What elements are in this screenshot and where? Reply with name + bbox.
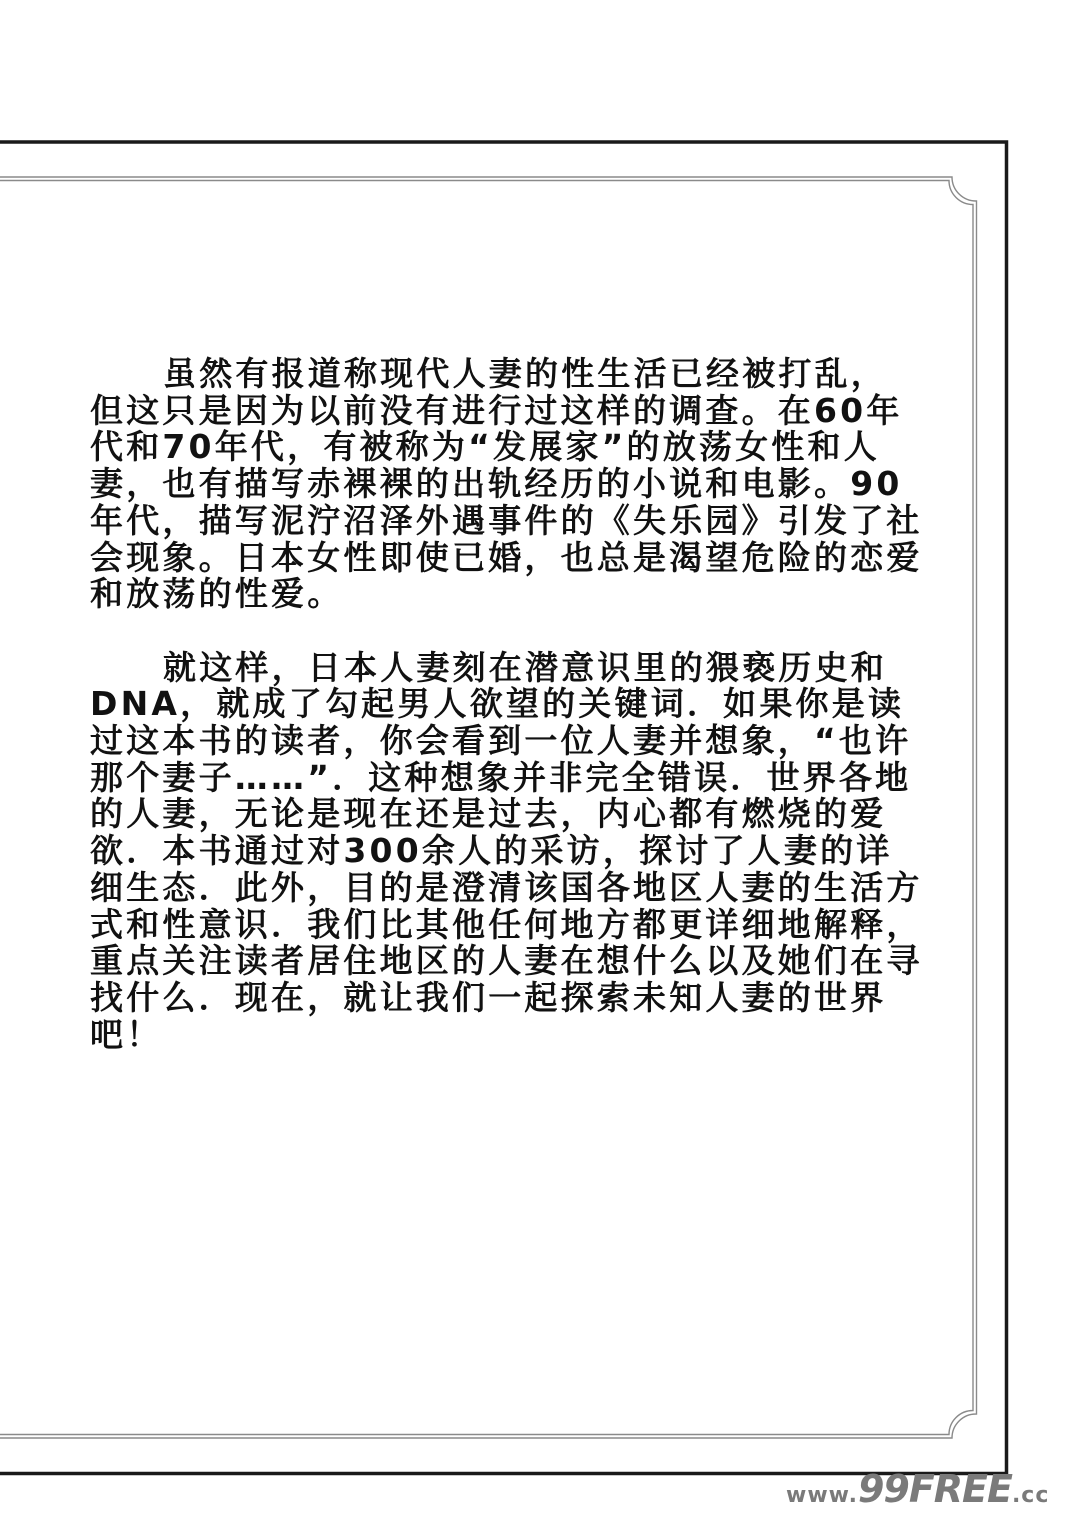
text-line: 式和性意识．我们比其他任何地方都更详细地解释， (17, 907, 940, 944)
paragraph-2: 就这样，日本人妻刻在潜意识里的猥亵历史和 DNA，就成了勾起男人欲望的关键词．如… (90, 650, 940, 1054)
text-line: 代和70年代，有被称为“发展家”的放荡女性和人 (17, 429, 940, 466)
watermark-suffix: .cc (1012, 1483, 1049, 1508)
watermark: www.99FREE.cc (786, 1470, 1049, 1508)
text-line: 重点关注读者居住地区的人妻在想什么以及她们在寻 (17, 943, 940, 980)
text-line: 的人妻，无论是现在还是过去，内心都有燃烧的爱 (17, 796, 940, 833)
text-line: 欲．本书通过对300余人的采访，探讨了人妻的详 (17, 833, 940, 870)
text-line: 找什么．现在，就让我们一起探索未知人妻的世界 (17, 980, 940, 1017)
body-text: 虽然有报道称现代人妻的性生活已经被打乱， 但这只是因为以前没有进行过这样的调查。… (90, 356, 940, 1053)
text-line: 虽然有报道称现代人妻的性生活已经被打乱， (90, 356, 940, 393)
text-line: 吧！ (17, 1017, 940, 1054)
paragraph-1: 虽然有报道称现代人妻的性生活已经被打乱， 但这只是因为以前没有进行过这样的调查。… (90, 356, 940, 613)
text-line: 年代，描写泥泞沼泽外遇事件的《失乐园》引发了社 (17, 503, 940, 540)
text-line: 过这本书的读者，你会看到一位人妻并想象，“也许 (17, 723, 940, 760)
text-line: 就这样，日本人妻刻在潜意识里的猥亵历史和 (90, 650, 940, 687)
watermark-brand: 99FREE (858, 1467, 1012, 1511)
watermark-prefix: www. (786, 1483, 858, 1508)
text-line: 但这只是因为以前没有进行过这样的调查。在60年 (17, 393, 940, 430)
text-line: 那个妻子……”．这种想象并非完全错误．世界各地 (17, 760, 940, 797)
text-line: DNA，就成了勾起男人欲望的关键词．如果你是读 (17, 686, 940, 723)
text-line: 妻，也有描写赤裸裸的出轨经历的小说和电影。90 (17, 466, 940, 503)
text-line: 细生态．此外，目的是澄清该国各地区人妻的生活方 (17, 870, 940, 907)
text-line: 会现象。日本女性即使已婚，也总是渴望危险的恋爱 (17, 540, 940, 577)
text-line: 和放荡的性爱。 (17, 576, 940, 613)
